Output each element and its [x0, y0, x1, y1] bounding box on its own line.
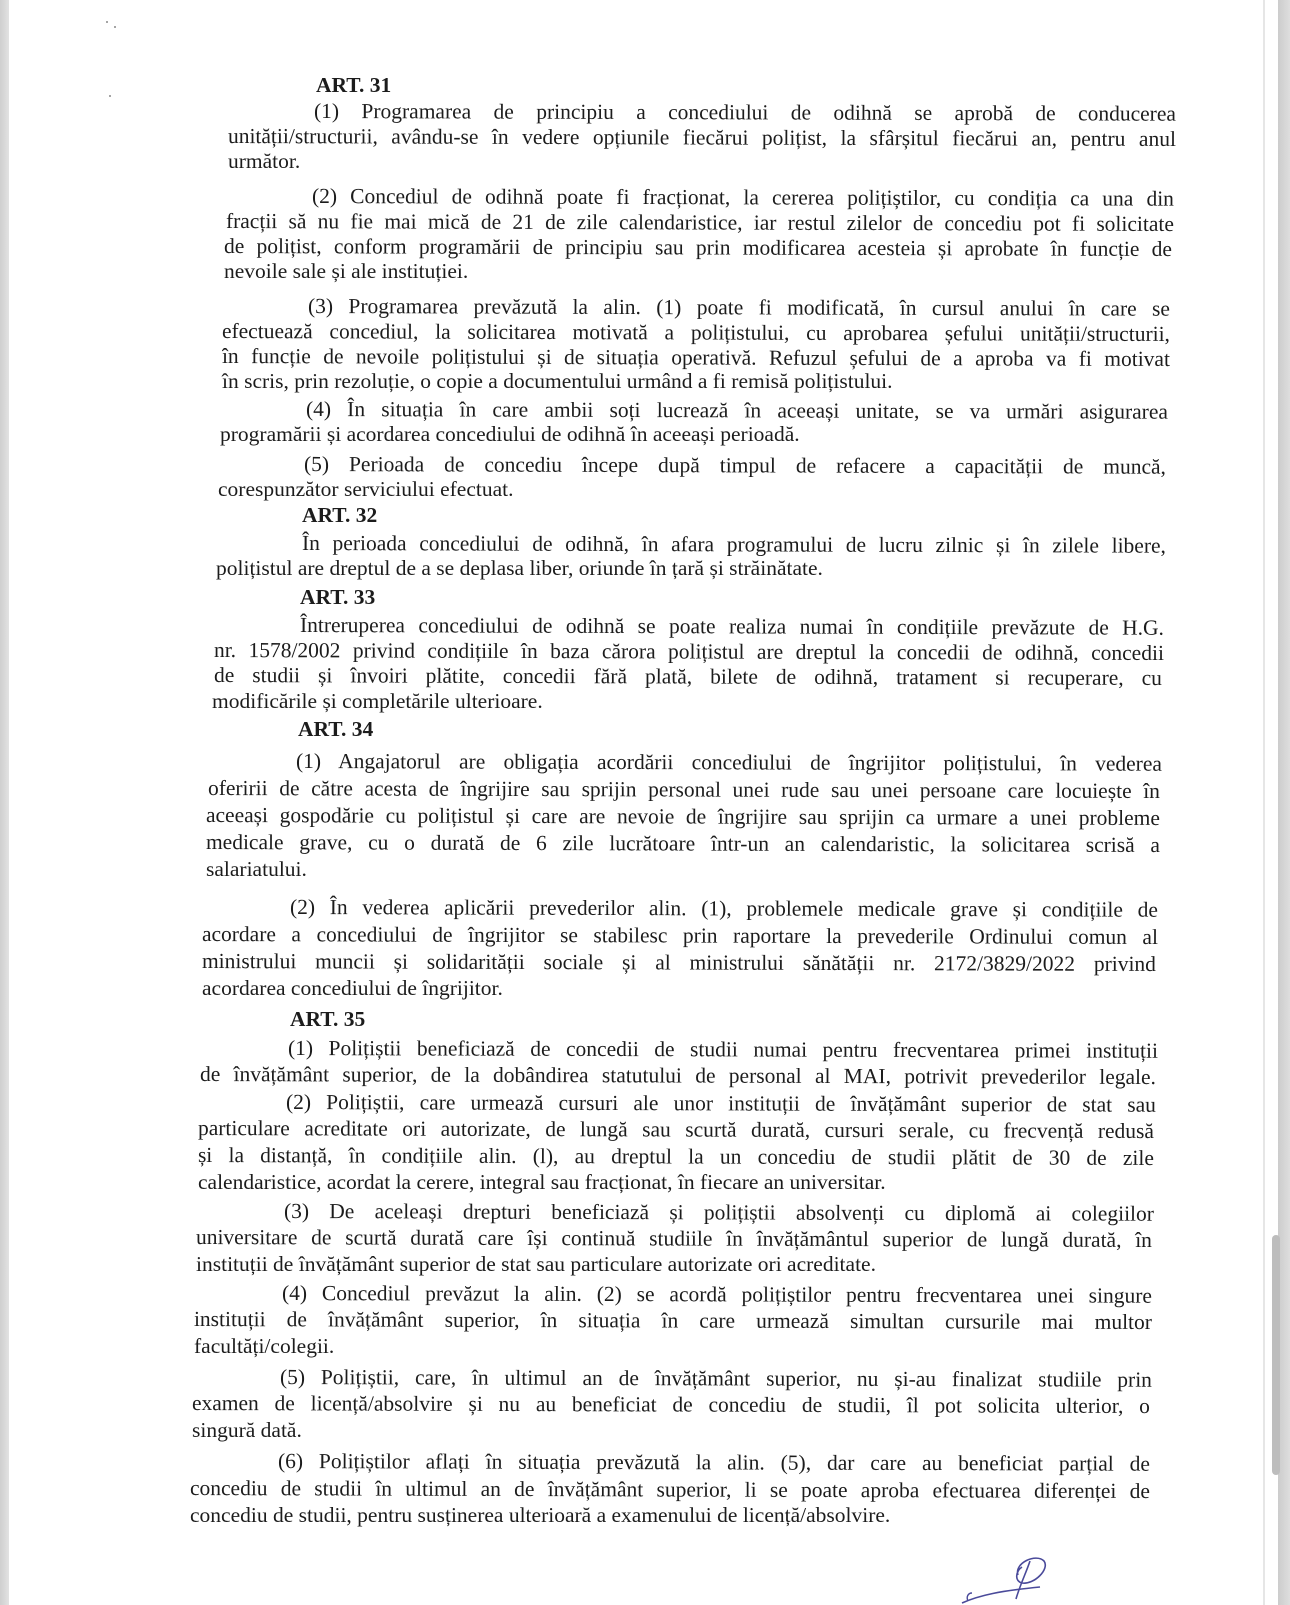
paragraph-line: examen de licență/absolvire și nu au ben… — [192, 1391, 1150, 1418]
paragraph-line: medicale grave, cu o durată de 6 zile lu… — [206, 830, 1160, 857]
paragraph-line: efectuează concediul, la solicitarea mot… — [222, 319, 1170, 346]
paragraph-line: acordarea concediului de îngrijitor. — [202, 976, 503, 1000]
paragraph-line: instituții de învățământ superior de sta… — [196, 1252, 876, 1276]
paragraph-line: aceeași gospodărie cu polițistul și care… — [206, 803, 1160, 830]
paragraph-line: (5) Polițiștii, care, în ultimul an de î… — [280, 1365, 1152, 1392]
page-border — [1263, 0, 1265, 1605]
paragraph-line: (2) Polițiștii, care urmează cursuri ale… — [286, 1090, 1156, 1117]
paragraph-line: singură dată. — [192, 1418, 302, 1442]
paragraph-line: salariatului. — [206, 857, 307, 881]
paragraph-line: Întreruperea concediului de odihnă se po… — [300, 613, 1164, 640]
article-heading: ART. 34 — [298, 717, 373, 741]
paragraph-line: (3) De aceleași drepturi beneficiază și … — [284, 1199, 1154, 1226]
paragraph-line: concediu de studii în ultimul an de învă… — [190, 1476, 1150, 1503]
paragraph-line: de polițist, conform programării de prin… — [224, 234, 1172, 261]
paragraph-line: în scris, prin rezoluție, o copie a docu… — [222, 369, 893, 393]
paragraph-line: oferirii de către acesta de îngrijire sa… — [208, 776, 1160, 803]
paragraph-line: instituții de învățământ superior, în si… — [194, 1307, 1152, 1334]
paragraph-line: (1) Polițiștii beneficiază de concedii d… — [288, 1036, 1158, 1063]
paragraph-line: polițistul are dreptul de a se deplasa l… — [216, 556, 823, 580]
article-heading: ART. 35 — [290, 1007, 365, 1031]
paragraph-line: următor. — [228, 149, 300, 173]
document-page: ART. 31 (1) Programarea de principiu a c… — [0, 0, 1260, 1605]
paragraph-line: calendaristice, acordat la cerere, integ… — [198, 1170, 886, 1194]
article-heading: ART. 33 — [300, 585, 375, 609]
paragraph-line: (5) Perioada de concediu începe după tim… — [304, 452, 1166, 479]
paragraph-line: programării și acordarea concediului de … — [220, 422, 800, 446]
paragraph-line: concediu de studii, pentru susținerea ul… — [190, 1503, 890, 1527]
paragraph-line: (3) Programarea prevăzută la alin. (1) p… — [308, 294, 1170, 321]
paragraph-line: (2) În vederea aplicării prevederilor al… — [290, 895, 1158, 922]
paragraph-line: În perioada concediului de odihnă, în af… — [302, 531, 1166, 558]
paragraph-line: particulare acreditate ori autorizate, d… — [198, 1116, 1154, 1143]
paragraph-line: (1) Angajatorul are obligația acordării … — [296, 749, 1162, 776]
paragraph-line: (1) Programarea de principiu a concediul… — [314, 99, 1176, 126]
paragraph-line: în funcție de nevoile polițistului și de… — [222, 344, 1170, 371]
paragraph-line: (4) În situația în care ambii soți lucre… — [306, 397, 1168, 424]
paragraph-line: nevoile sale și ale instituției. — [224, 259, 468, 283]
paragraph-line: modificările și completările ulterioare. — [212, 689, 543, 713]
paragraph-line: (6) Polițiștilor aflați în situația prev… — [278, 1449, 1150, 1476]
paragraph-line: universitare de scurtă durată care își c… — [196, 1225, 1152, 1252]
paragraph-line: acordare a concediului de îngrijitor se … — [202, 922, 1158, 949]
signature-icon — [960, 1555, 1070, 1605]
paragraph-line: de învățământ superior, de la dobândirea… — [200, 1062, 1156, 1089]
paragraph-line: (4) Concediul prevăzut la alin. (2) se a… — [282, 1281, 1152, 1308]
paragraph-line: unității/structurii, avându-se în vedere… — [228, 124, 1176, 151]
scrollbar-thumb[interactable] — [1272, 1235, 1280, 1475]
paragraph-line: și la distanță, în condițiile alin. (l),… — [198, 1143, 1154, 1170]
paragraph-line: ministrului muncii și solidarității soci… — [202, 949, 1156, 976]
article-heading: ART. 31 — [316, 73, 391, 97]
paragraph-line: fracții să nu fie mai mică de 21 de zile… — [226, 209, 1174, 236]
paragraph-line: facultăți/colegii. — [194, 1334, 334, 1358]
article-heading: ART. 32 — [302, 503, 377, 527]
paragraph-line: nr. 1578/2002 privind condițiile în baza… — [214, 638, 1164, 665]
paragraph-line: de studii și învoiri plătite, concedii f… — [214, 663, 1162, 690]
paragraph-line: corespunzător serviciului efectuat. — [218, 477, 514, 501]
paragraph-line: (2) Concediul de odihnă poate fi fracțio… — [312, 184, 1174, 211]
